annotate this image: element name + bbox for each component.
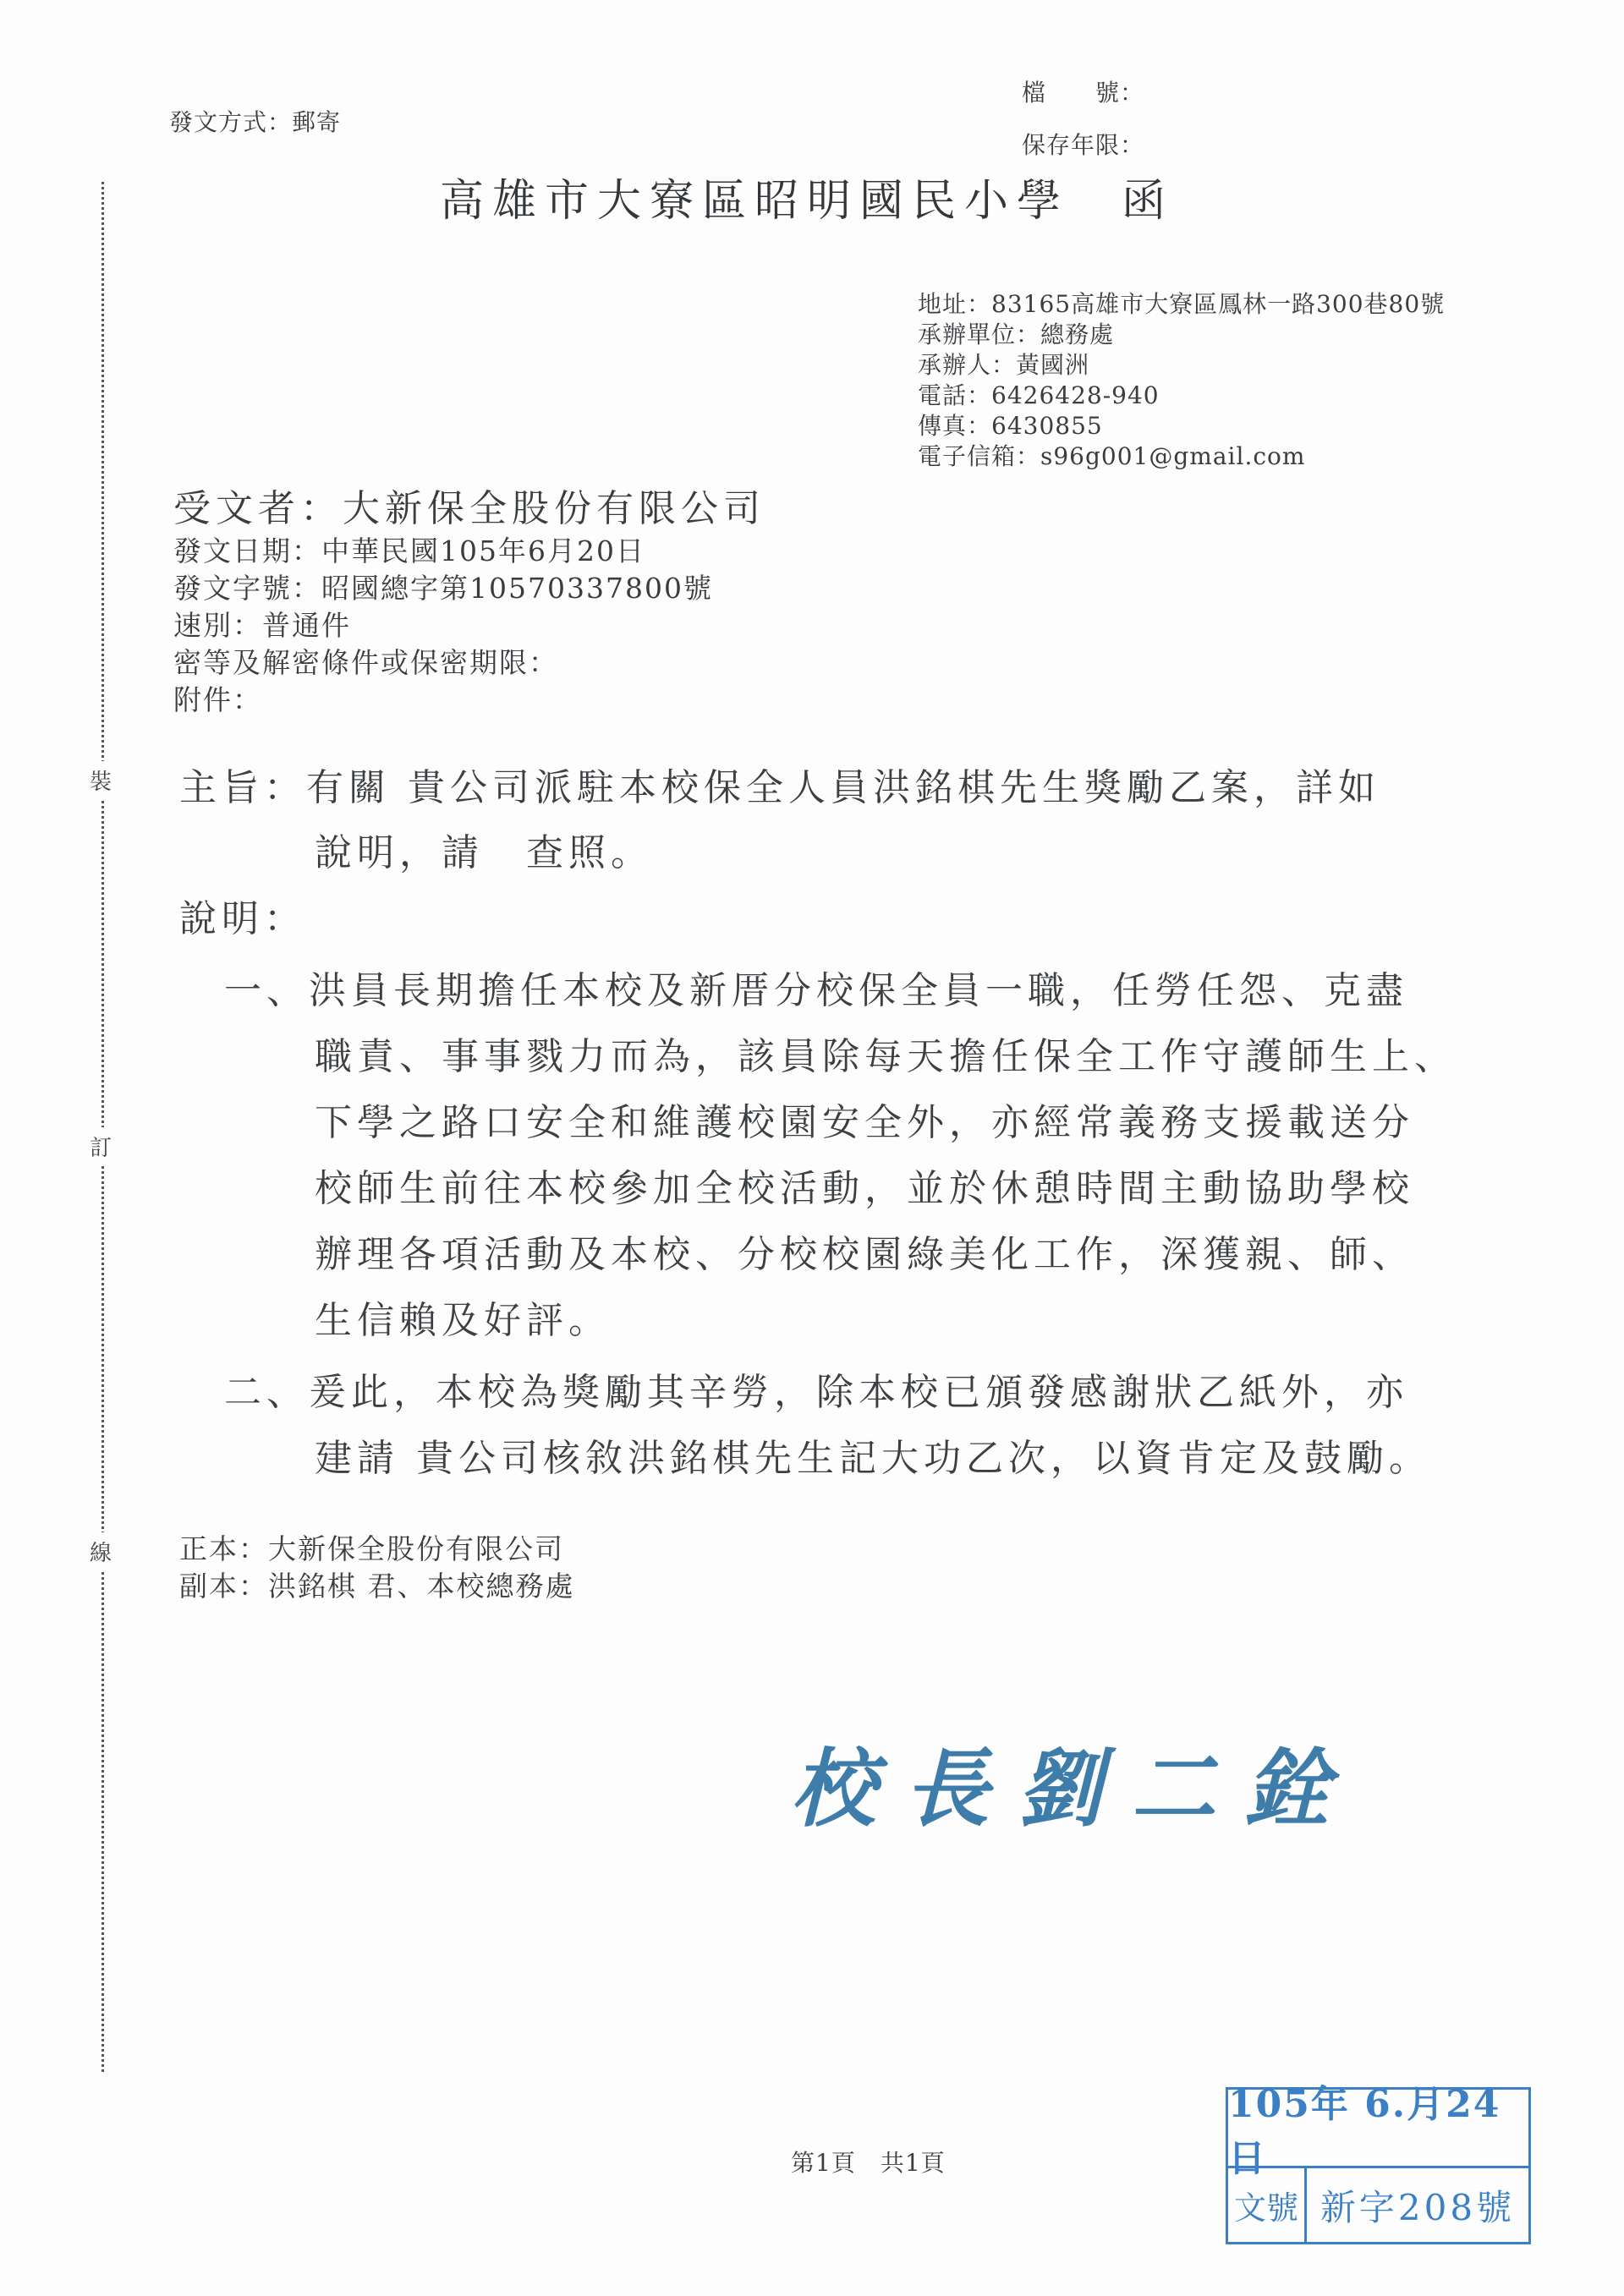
contact-block: 地址：83165高雄市大寮區鳳林一路300巷80號 承辦單位：總務處 承辦人：黃… [918, 289, 1445, 472]
explanation-item-1-line-6: 生信賴及好評。 [315, 1290, 611, 1344]
explanation-item-1-line-5: 辦理各項活動及本校、分校校園綠美化工作，深獲親、師、 [315, 1224, 1414, 1278]
urgency: 速別：普通件 [173, 607, 713, 644]
explanation-item-1-line-1: 一、洪員長期擔任本校及新厝分校保全員一職，任勞任怨、克盡 [224, 960, 1408, 1014]
contact-handler: 承辦人：黃國洲 [918, 350, 1445, 381]
explanation-heading: 說明： [179, 888, 306, 942]
binding-mark-zhuang: 裝 [90, 761, 112, 799]
contact-phone: 電話：6426428-940 [918, 381, 1445, 411]
contact-email: 電子信箱：s96g001@gmail.com [918, 441, 1445, 472]
doc-number: 發文字號：昭國總字第10570337800號 [173, 570, 713, 607]
stamp-date: 105年 6.月24日 [1228, 2090, 1528, 2168]
explanation-item-2-line-2: 建請 貴公司核敘洪銘棋先生記大功乙次，以資肯定及鼓勵。 [315, 1427, 1431, 1482]
explanation-item-2-line-1: 二、爰此，本校為獎勵其辛勞，除本校已頒發感謝狀乙紙外，亦 [224, 1362, 1408, 1416]
explanation-item-1-line-2: 職責、事事戮力而為，該員除每天擔任保全工作守護師生上、 [315, 1026, 1457, 1080]
explanation-item-1-line-3: 下學之路口安全和維護校園安全外，亦經常義務支援載送分 [315, 1092, 1414, 1146]
dispatch-method: 發文方式：郵寄 [169, 106, 341, 140]
issue-date: 發文日期：中華民國105年6月20日 [173, 533, 713, 570]
stamp-number: 新字208號 [1307, 2168, 1528, 2242]
binding-mark-ding: 訂 [90, 1127, 112, 1165]
stamp-label: 文號 [1228, 2168, 1307, 2242]
meta-block: 發文日期：中華民國105年6月20日 發文字號：昭國總字第10570337800… [173, 533, 713, 719]
distribution-block: 正本：大新保全股份有限公司 副本：洪銘棋 君、本校總務處 [179, 1531, 575, 1605]
distribution-copy: 副本：洪銘棋 君、本校總務處 [179, 1568, 575, 1605]
retention-label: 保存年限： [1022, 129, 1144, 162]
contact-address: 地址：83165高雄市大寮區鳳林一路300巷80號 [918, 289, 1445, 320]
received-stamp: 105年 6.月24日 文號 新字208號 [1226, 2087, 1531, 2244]
file-number-label: 檔 號： [1022, 76, 1144, 110]
distribution-original: 正本：大新保全股份有限公司 [179, 1531, 575, 1568]
explanation-item-1-line-4: 校師生前往本校參加全校活動，並於休憩時間主動協助學校 [315, 1158, 1414, 1212]
contact-unit: 承辦單位：總務處 [918, 320, 1445, 350]
recipient: 受文者：大新保全股份有限公司 [173, 478, 765, 532]
classification: 密等及解密條件或保密期限： [173, 644, 713, 682]
page-number: 第1頁 共1頁 [791, 2146, 946, 2180]
subject-line-1: 主旨：有關 貴公司派駐本校保全人員洪銘棋先生獎勵乙案，詳如 [179, 757, 1380, 811]
attachment: 附件： [173, 682, 713, 719]
document-title: 高雄市大寮區昭明國民小學 函 [440, 165, 1174, 228]
binding-mark-xian: 線 [90, 1532, 112, 1570]
contact-fax: 傳真：6430855 [918, 411, 1445, 441]
principal-signature: 校長劉二銓 [791, 1721, 1358, 1843]
subject-line-2: 說明，請 查照。 [315, 822, 653, 876]
